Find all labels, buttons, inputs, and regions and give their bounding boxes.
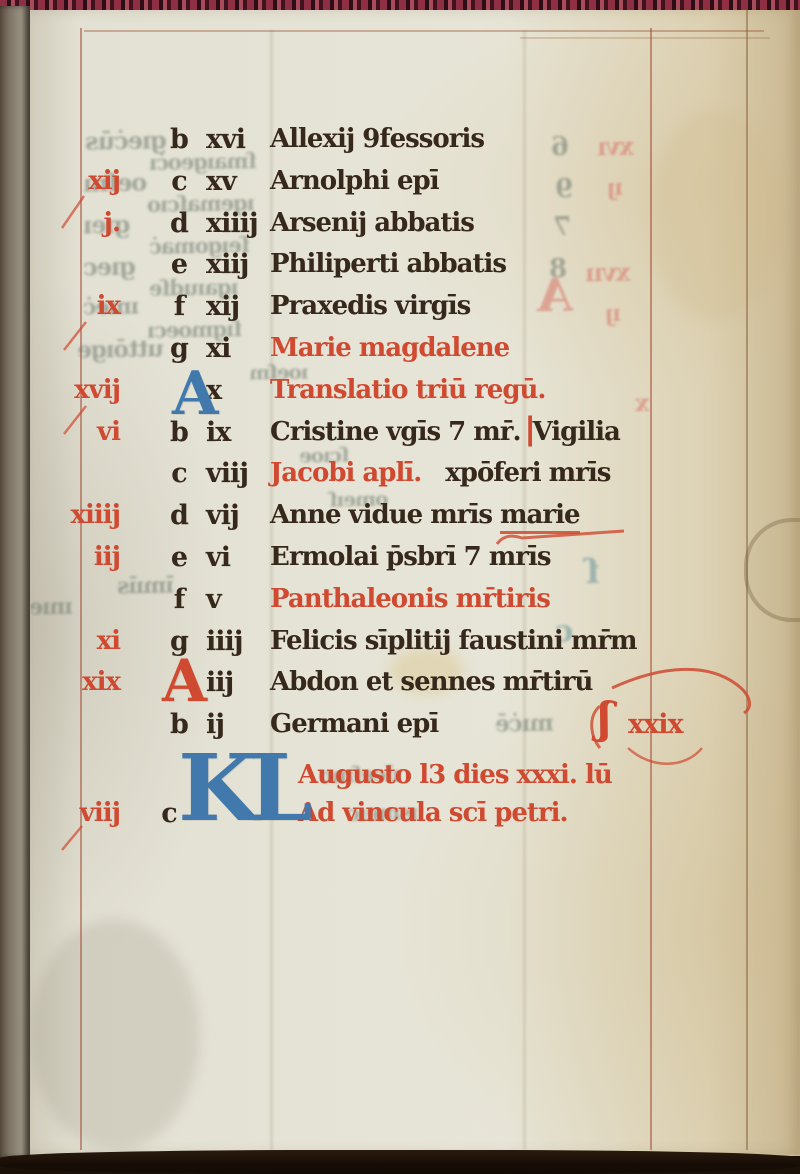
feast-segment: Felicis sīplitij faustini mr̄m [270,626,637,656]
day-numeral: ix [206,417,230,448]
feast-segment: Allexij 9fessoris [270,124,484,154]
dominical-letter: d [160,500,198,531]
calendar-row: vibixCristine vgīs 7 mr̄.⎟Vigilia [26,417,800,457]
day-numeral: xi [206,333,230,364]
kl-monogram-initial: KL [178,742,303,834]
luna-number: xxix [628,709,683,740]
day-numeral: iij [206,667,233,698]
calendar-row: gxiMarie magdalene [26,333,800,373]
day-numeral: vi [206,542,230,573]
feast-entry: Allexij 9fessoris [270,124,484,154]
feast-entry: Augusto l3 dies xxxi. lū [298,760,612,790]
calendar-row: iijeviErmolai p̄sbrī 7 mrīs [26,542,800,582]
dominical-letter: d [160,208,198,239]
manuscript-photo: gıeċūsſmaıgeoċıoeſnııgemaſcıogıeıſeıgoma… [0,0,800,1174]
calendar-row: bijGermani epīʃxxix [26,709,800,749]
golden-number: xi [56,626,120,656]
golden-number: ix [56,291,120,321]
feast-segment: Vigilia [533,417,620,447]
golden-number: vi [56,417,120,447]
day-numeral: iiij [206,626,243,657]
calendar-row: bxviAllexij 9fessoris [26,124,800,164]
feast-segment: Arnolphi epī [270,166,439,196]
dominical-letter: f [160,291,198,322]
book-headband [0,0,800,10]
day-numeral: xvi [206,124,245,155]
feast-segment: marie [500,500,579,534]
calendar-row: xixiijAbdon et sennes mr̄tirū [26,667,800,707]
calendar-row: xijcxvArnolphi epī [26,166,800,206]
feast-segment: xpōferi mrīs [445,458,610,488]
calendar-row: viijcAd vincula scī petri. [26,798,800,838]
golden-number: viij [56,798,120,828]
feast-entry: Cristine vgīs 7 mr̄.⎟Vigilia [270,417,620,447]
golden-number: j. [56,208,120,238]
day-numeral: xiiij [206,208,258,239]
feast-segment: Cristine vgīs 7 mr̄. [270,417,521,447]
feast-entry: Philiperti abbatis [270,249,506,279]
dominical-letter: e [160,249,198,280]
feast-entry: Arnolphi epī [270,166,439,196]
calendar-row: cviijJacobi aplī.xpōferi mrīs [26,458,800,498]
feast-segment: Ad vincula scī petri. [298,798,568,828]
feast-segment: Abdon et sennes mr̄tirū [270,667,592,697]
dominical-letter: f [160,584,198,615]
calendar-row: Augusto l3 dies xxxi. lū [26,760,800,800]
dominical-letter: c [160,458,198,489]
golden-number: xvij [56,375,120,405]
day-numeral: xij [206,291,239,322]
ruling-horizontal-top2 [520,37,770,39]
ruling-horizontal-top [84,30,764,32]
parchment-shadow [30,920,200,1150]
dominical-letter: b [160,124,198,155]
feast-entry: Marie magdalene [270,333,509,363]
golden-number: xiiij [56,500,120,530]
day-numeral: viij [206,458,248,489]
calendar-row: fvPanthaleonis mr̄tiris [26,584,800,624]
lombardic-initial-red: A [162,652,197,710]
feast-segment: Translatio triū regū. [270,375,545,405]
feast-entry: Ad vincula scī petri. [298,798,568,828]
feast-entry: Praxedis virgīs [270,291,470,321]
calendar-row: exiijPhiliperti abbatis [26,249,800,289]
feast-entry: Ermolai p̄sbrī 7 mrīs [270,542,551,572]
feast-entry: Jacobi aplī.xpōferi mrīs [270,458,610,488]
day-numeral: xiij [206,249,248,280]
day-numeral: vij [206,500,239,531]
lombardic-initial-blue: A [172,364,209,424]
feast-entry: Translatio triū regū. [270,375,545,405]
feast-segment: Jacobi aplī. [270,458,421,488]
feast-entry: Arsenij abbatis [270,208,474,238]
day-numeral: xv [206,166,236,197]
calendar-row: j.dxiiijArsenij abbatis [26,208,800,248]
calendar-row: xiiijdvijAnne vidue mrīs marie [26,500,800,540]
golden-number: xix [56,667,120,697]
feast-entry: Felicis sīplitij faustini mr̄m [270,626,637,656]
feast-segment: Arsenij abbatis [270,208,474,238]
golden-number: iij [56,542,120,572]
feast-segment: Anne vidue mrīs [270,500,500,530]
book-bottom-edge [0,1150,800,1174]
dominical-letter: c [160,166,198,197]
feast-entry: Panthaleonis mr̄tiris [270,584,550,614]
calendar-row: xvijxTranslatio triū regū. [26,375,800,415]
feast-segment: Panthaleonis mr̄tiris [270,584,550,614]
feast-segment: ⎟ [521,417,533,447]
day-numeral: v [206,584,221,615]
dominical-letter: e [160,542,198,573]
golden-number: xij [56,166,120,196]
feast-segment: Praxedis virgīs [270,291,470,321]
feast-segment: Ermolai p̄sbrī 7 mrīs [270,542,551,572]
feast-segment: Augusto l3 dies xxxi. lū [298,760,612,790]
feast-segment: Philiperti abbatis [270,249,506,279]
feast-segment: Marie magdalene [270,333,509,363]
feast-entry: Abdon et sennes mr̄tirū [270,667,592,697]
feast-entry: Anne vidue mrīs marie [270,500,580,530]
calendar-row: xigiiijFelicis sīplitij faustini mr̄m [26,626,800,666]
calendar-row: ixfxijPraxedis virgīs [26,291,800,331]
